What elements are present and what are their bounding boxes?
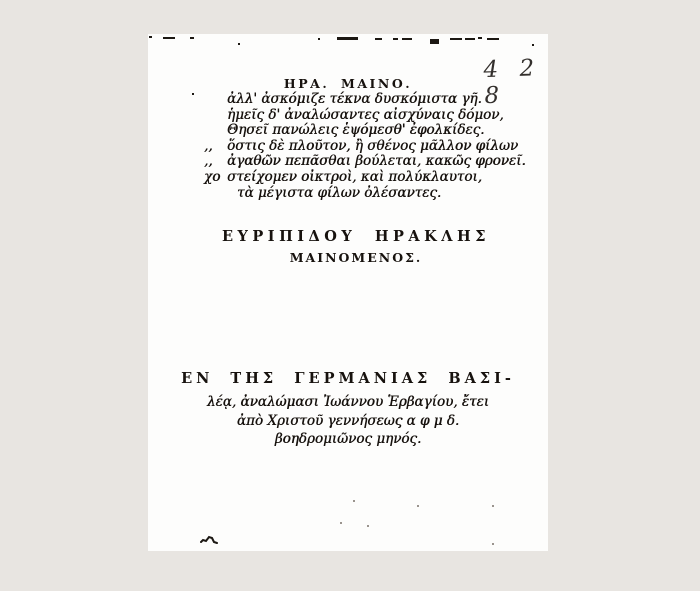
verse-line: ,,ἀγαθῶν πεπᾶσθαι βούλεται, κακῶς φρονεῖ… (204, 154, 526, 170)
scan-speck (478, 37, 482, 39)
verse-line: χοστείχομεν οἰκτροὶ, καὶ πολύκλαυτοι, (204, 170, 526, 186)
scan-speck (393, 38, 398, 40)
colophon-line: ἀπὸ Χριστοῦ γεννήσεως α φ μ δ. (148, 412, 548, 431)
colophon-line: βοηδρομιῶνος μηνός. (148, 430, 548, 449)
scan-speck (192, 93, 194, 95)
verse-line: ἡμεῖς δ' ἀναλώσαντες αἰσχύναις δόμον, (204, 108, 526, 124)
colophon-caps-line: ΕΝ ΤΗΣ ΓΕΡΜΑΝΙΑΣ ΒΑΣΙ- (148, 370, 548, 387)
verse-text: τὰ μέγιστα φίλων ὀλέσαντες. (227, 185, 441, 201)
scan-speck (367, 525, 369, 527)
gnome-quotation-marker: ,, (204, 154, 227, 170)
scan-speck (318, 38, 320, 40)
colophon: ΕΝ ΤΗΣ ΓΕΡΜΑΝΙΑΣ ΒΑΣΙ- λέᾳ, ἀναλώμασι Ἰω… (148, 370, 548, 449)
scan-speck (465, 38, 475, 40)
end-title: ΕΥΡΙΠΙΔΟΥ ΗΡΑΚΛΗΣ ΜΑΙΝΟΜΕΝΟΣ. (156, 228, 556, 265)
scanned-book-photo: { "colors": { "canvas_bg": "#e8e5e1", "p… (0, 0, 700, 591)
scan-speck (340, 522, 342, 524)
greek-verse-block: ἀλλ' ἀσκόμιζε τέκνα δυσκόμιστα γῆ. ἡμεῖς… (204, 92, 526, 201)
gnome-quotation-marker: ,, (204, 139, 227, 155)
scan-speck (430, 39, 439, 44)
scan-speck (190, 37, 194, 39)
scan-speck (532, 44, 534, 46)
verse-text: ὅστις δὲ πλοῦτον, ἢ σθένος μᾶλλον φίλων (227, 138, 518, 154)
verse-text: στείχομεν οἰκτροὶ, καὶ πολύκλαυτοι, (227, 169, 482, 185)
scan-speck (492, 543, 494, 545)
verse-line: Θησεῖ πανώλεις ἑψόμεσθ' ἐφολκίδες. (204, 123, 526, 139)
verse-line: ,,ὅστις δὲ πλοῦτον, ἢ σθένος μᾶλλον φίλω… (204, 139, 526, 155)
scan-speck (149, 36, 152, 38)
pen-squiggle-mark (200, 534, 220, 546)
end-title-line2: ΜΑΙΝΟΜΕΝΟΣ. (156, 250, 556, 265)
scan-speck (450, 38, 462, 40)
scan-speck (492, 505, 494, 507)
verse-line: τὰ μέγιστα φίλων ὀλέσαντες. (204, 186, 526, 202)
verse-text: ἀλλ' ἀσκόμιζε τέκνα δυσκόμιστα γῆ. (227, 91, 482, 107)
scan-speck (238, 43, 240, 45)
colophon-line: λέᾳ, ἀναλώμασι Ἰωάννου Ἑρβαγίου, ἔτει (148, 393, 548, 412)
book-page: ΗΡΑ. ΜΑΙΝΟ. 4 2 8 ἀλλ' ἀσκόμιζε τέκνα δυ… (148, 34, 548, 551)
scan-speck (163, 37, 175, 39)
verse-line: ἀλλ' ἀσκόμιζε τέκνα δυσκόμιστα γῆ. (204, 92, 526, 108)
scan-speck (417, 505, 419, 507)
verse-text: ἀγαθῶν πεπᾶσθαι βούλεται, κακῶς φρονεῖ. (227, 153, 526, 169)
end-title-line1: ΕΥΡΙΠΙΔΟΥ ΗΡΑΚΛΗΣ (156, 228, 556, 245)
verse-text: Θησεῖ πανώλεις ἑψόμεσθ' ἐφολκίδες. (227, 122, 484, 138)
scan-speck (402, 38, 412, 40)
speaker-abbreviation-chorus: χο (204, 170, 227, 186)
scan-speck (375, 38, 382, 40)
scan-speck (337, 37, 358, 40)
verse-text: ἡμεῖς δ' ἀναλώσαντες αἰσχύναις δόμον, (227, 107, 504, 123)
scan-speck (487, 38, 499, 40)
scan-speck (353, 500, 355, 502)
